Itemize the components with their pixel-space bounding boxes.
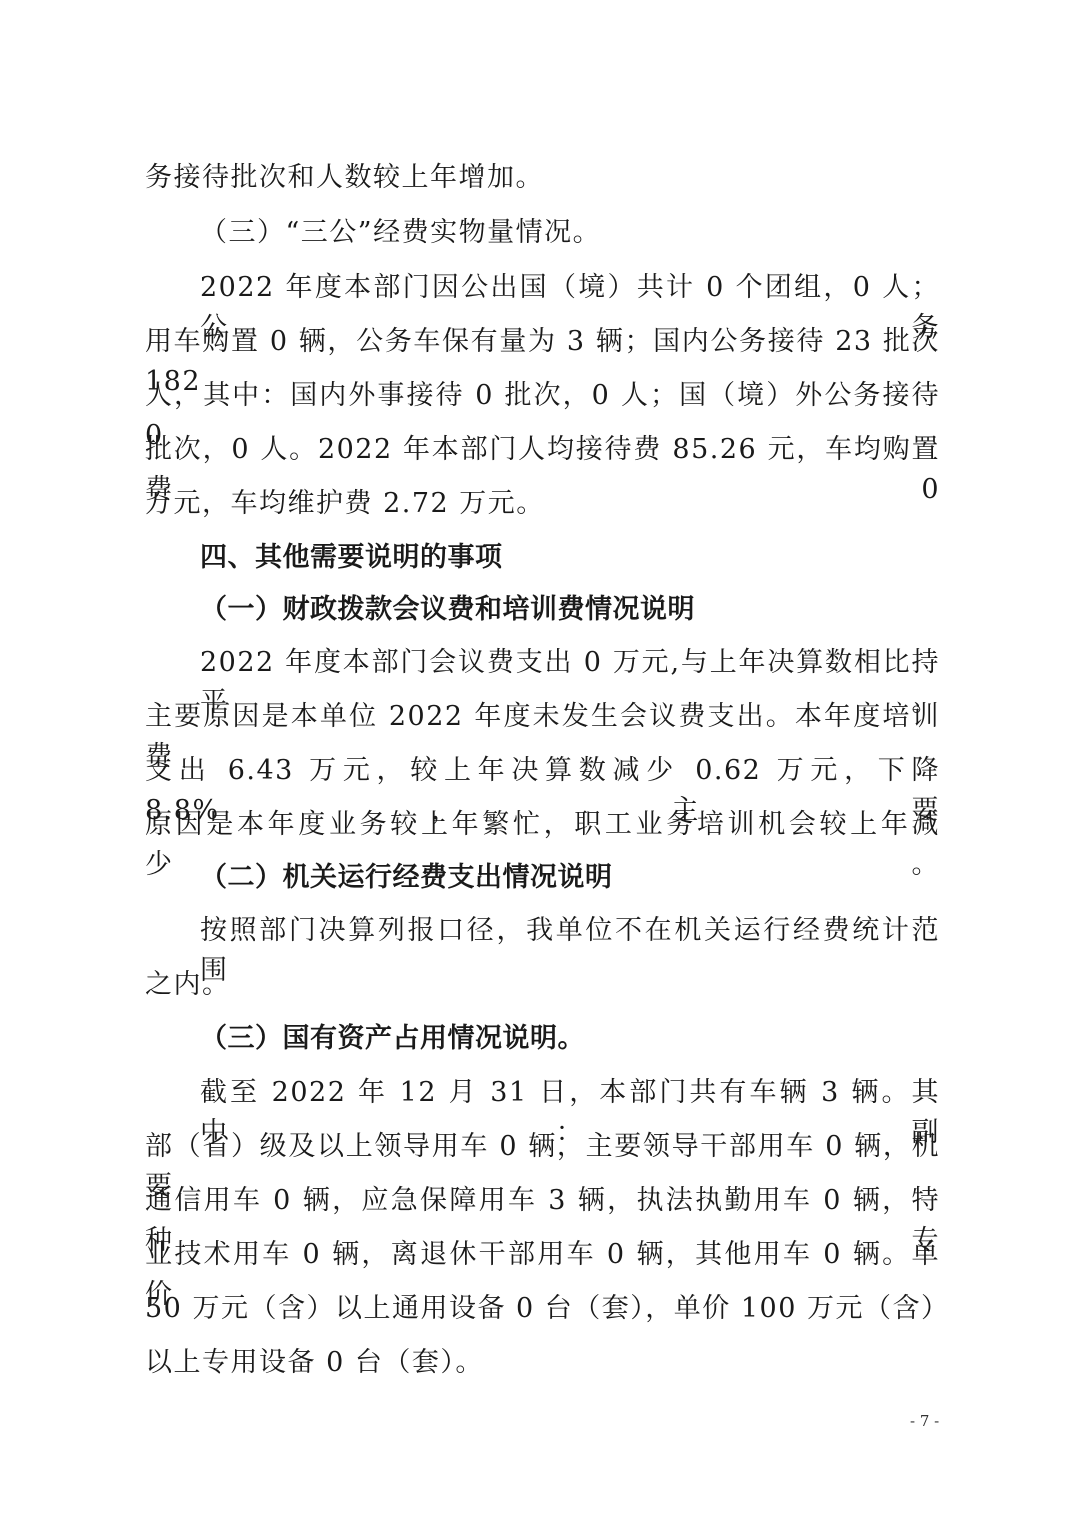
page-number: - 7 - bbox=[910, 1412, 939, 1430]
paragraph-line: 50 万元（含）以上通用设备 0 台（套），单价 100 万元（含） bbox=[145, 1289, 940, 1329]
section-heading: （二）机关运行经费支出情况说明 bbox=[200, 858, 940, 898]
paragraph-line: （三）“三公”经费实物量情况。 bbox=[200, 213, 940, 253]
section-heading: （一）财政拨款会议费和培训费情况说明 bbox=[200, 590, 940, 630]
section-heading: （三）国有资产占用情况说明。 bbox=[200, 1019, 940, 1059]
section-heading: 四、其他需要说明的事项 bbox=[200, 538, 940, 578]
paragraph-line: 万元，车均维护费 2.72 万元。 bbox=[145, 484, 940, 524]
paragraph-line: 之内。 bbox=[145, 965, 940, 1005]
paragraph-line: 务接待批次和人数较上年增加。 bbox=[145, 158, 940, 198]
paragraph-line: 以上专用设备 0 台（套）。 bbox=[145, 1343, 940, 1383]
